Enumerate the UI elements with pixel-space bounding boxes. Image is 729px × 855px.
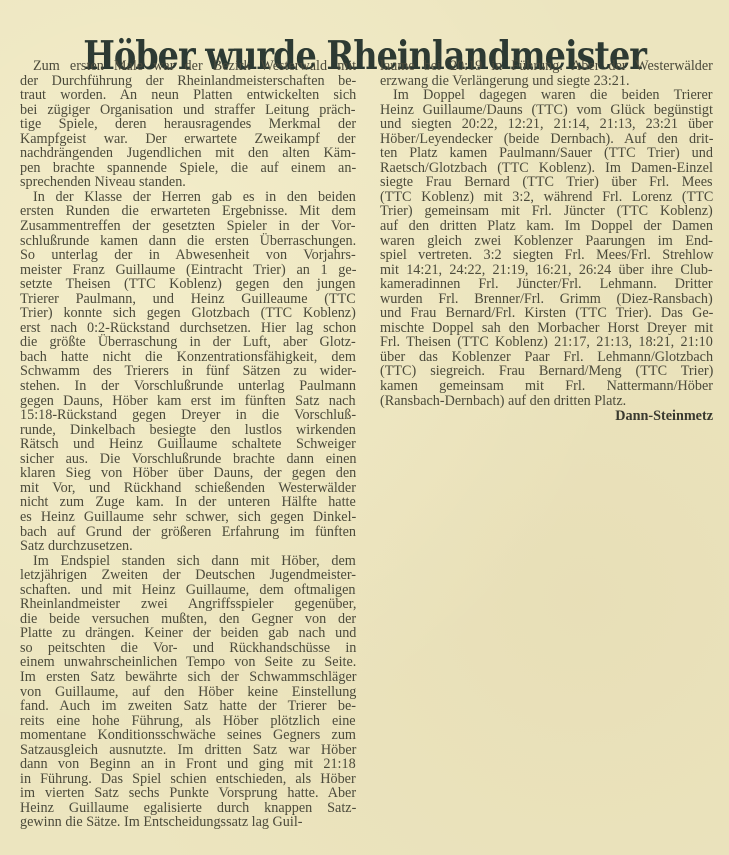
text-line: Im Doppel dagegen waren die beiden Trier… [380, 88, 713, 103]
text-line: mit Vor, und Rückhand schießenden Wester… [20, 481, 356, 496]
text-line: pen brachte spannende Spiele, die auf ei… [20, 161, 356, 176]
text-line: Kampfgeist war. Der erwartete Zweikampf … [20, 132, 356, 147]
text-line: In der Klasse der Herren gab es in den b… [20, 190, 356, 205]
article-column-left: Zum ersten Male war der Bezirk Westerwal… [20, 59, 356, 830]
text-line: Frl. Theisen (TTC Koblenz) 21:17, 21:13,… [380, 335, 713, 350]
text-line: es Heinz Guillaume sehr schwer, sich geg… [20, 510, 356, 525]
text-line: und Frau Bernard/Frl. Kirsten (TTC Trier… [380, 306, 713, 321]
text-line: gegen Dauns, Höber kam erst im fünften S… [20, 394, 356, 409]
text-line: Zusammentreffen der gesetzten Spieler in… [20, 219, 356, 234]
text-line: die beide versuchen mußten, den Gegner v… [20, 612, 356, 627]
text-line: reits eine hohe Führung, als Höber plötz… [20, 714, 356, 729]
text-line: Rheinlandmeister zwei Angriffsspieler ge… [20, 597, 356, 612]
text-line: letzjährigen Zweiten der Deutschen Jugen… [20, 568, 356, 583]
text-line: in Führung. Das Spiel schien entschieden… [20, 772, 356, 787]
text-line: der Durchführung der Rheinlandmeistersch… [20, 74, 356, 89]
text-line: fand. Auch im zweiten Satz hatte der Tri… [20, 699, 356, 714]
text-line: momentane Konditionsschwäche seines Gegn… [20, 728, 356, 743]
text-line: Platte zu drängen. Keiner der beiden gab… [20, 626, 356, 641]
text-line: so peitschten die Vor- und Rückhandschüs… [20, 641, 356, 656]
text-line: sprechenden Niveau standen. [20, 175, 356, 190]
text-line: kamen gemeinsam mit Frl. Nattermann/Höbe… [380, 379, 713, 394]
text-line: über das Koblenzer Paar Frl. Lehmann/Glo… [380, 350, 713, 365]
text-line: waren gleich zwei Koblenzer Paarungen im… [380, 234, 713, 249]
text-line: Heinz Guillaume egalisierte durch knappe… [20, 801, 356, 816]
text-line: auf den dritten Platz kam. Im Doppel der… [380, 219, 713, 234]
article-column-right: laume bei 20:19 in Führung. Aber der Wes… [380, 59, 713, 424]
text-line: nachdrängenden Jugendlichen mit den alte… [20, 146, 356, 161]
article-paragraph: Zum ersten Male war der Bezirk Westerwal… [20, 59, 356, 190]
text-line: schaften. und mit Heinz Guillaume, dem o… [20, 583, 356, 598]
text-line: runde, Dinkelbach besiegte den lustlos w… [20, 423, 356, 438]
text-line: Satzausgleich ausnutzte. Im dritten Satz… [20, 743, 356, 758]
text-line: Trier) gemeinsam mit Frl. Jüncter (TTC K… [380, 204, 713, 219]
text-line: Zum ersten Male war der Bezirk Westerwal… [20, 59, 356, 74]
text-line: nicht zum Zuge kam. In der unteren Hälft… [20, 495, 356, 510]
text-line: im vierten Satz sechs Punkte Vorsprung h… [20, 786, 356, 801]
text-line: Raetsch/Glotzbach (TTC Koblenz). Im Dame… [380, 161, 713, 176]
text-line: 15:18-Rückstand gegen Dreyer in die Vors… [20, 408, 356, 423]
text-line: Im Endspiel standen sich dann mit Höber,… [20, 554, 356, 569]
text-line: und siegten 20:22, 12:21, 21:14, 21:13, … [380, 117, 713, 132]
text-line: (TTC Koblenz) mit 3:2, während Frl. Lore… [380, 190, 713, 205]
text-line: traut worden. An neun Platten entwickelt… [20, 88, 356, 103]
text-line: (TTC) siegreich. Frau Bernard/Meng (TTC … [380, 364, 713, 379]
article-paragraph: Im Doppel dagegen waren die beiden Trier… [380, 88, 713, 408]
text-line: laume bei 20:19 in Führung. Aber der Wes… [380, 59, 713, 74]
text-line: mit 14:21, 24:22, 21:19, 16:21, 26:24 üb… [380, 263, 713, 278]
text-line: meister Franz Guillaume (Eintracht Trier… [20, 263, 356, 278]
text-line: einem unwahrscheinlichen Tempo von Seite… [20, 655, 356, 670]
author-signature: Dann-Steinmetz [380, 409, 713, 424]
text-line: sicher aus. Die Vorschlußrunde brachte d… [20, 452, 356, 467]
text-line: ten Platz kamen Paulmann/Sauer (TTC Trie… [380, 146, 713, 161]
text-line: Heinz Guillaume/Dauns (TTC) vom Glück be… [380, 103, 713, 118]
text-line: Höber/Leyendecker (beide Dernbach). Auf … [380, 132, 713, 147]
text-line: setzte Theisen (TTC Koblenz) gegen den j… [20, 277, 356, 292]
text-line: Schwamm des Trierers in fünf Sätzen zu w… [20, 364, 356, 379]
text-line: mischte Doppel sah den Morbacher Horst D… [380, 321, 713, 336]
text-line: spiel vertreten. 3:2 siegten Frl. Mees/F… [380, 248, 713, 263]
text-line: bei zügiger Organisation und straffer Le… [20, 103, 356, 118]
text-line: kameradinnen Frl. Jüncter/Frl. Lehmann. … [380, 277, 713, 292]
text-line: von Guillaume, auf den Höber keine Einst… [20, 685, 356, 700]
text-line: (Ransbach-Dernbach) auf den dritten Plat… [380, 394, 713, 409]
text-line: erzwang die Verlängerung und siegte 23:2… [380, 74, 713, 89]
text-line: Trier) konnte sich gegen Glotzbach (TTC … [20, 306, 356, 321]
text-line: So unterlag der in Abwesenheit von Vorja… [20, 248, 356, 263]
text-line: stehen. In der Vorschlußrunde unterlag P… [20, 379, 356, 394]
text-line: gewinn die Sätze. Im Entscheidungssatz l… [20, 815, 356, 830]
text-line: tige Spiele, deren herausragendes Merkma… [20, 117, 356, 132]
article-paragraph: laume bei 20:19 in Führung. Aber der Wes… [380, 59, 713, 88]
text-line: die größte Überraschung in der Luft, abe… [20, 335, 356, 350]
text-line: Im ersten Satz bewährte sich der Schwamm… [20, 670, 356, 685]
text-line: Trierer Paulmann, und Heinz Guilleaume (… [20, 292, 356, 307]
text-line: Satz durchzusetzen. [20, 539, 356, 554]
text-line: schlußrunde kamen dann die ersten Überra… [20, 234, 356, 249]
article-paragraph: Im Endspiel standen sich dann mit Höber,… [20, 554, 356, 830]
text-line: Rätsch und Heinz Guillaume schaltete Sch… [20, 437, 356, 452]
text-line: wurden Frl. Brenner/Frl. Grimm (Diez-Ran… [380, 292, 713, 307]
article-paragraph: In der Klasse der Herren gab es in den b… [20, 190, 356, 554]
text-line: dann von Beginn an in Front und ging mit… [20, 757, 356, 772]
text-line: ersten Runden die erwarteten Ergebnisse.… [20, 204, 356, 219]
text-line: klaren Sieg von Höber über Dauns, der ge… [20, 466, 356, 481]
text-line: bach hatte nicht die Konzentrationsfähig… [20, 350, 356, 365]
text-line: bach auf Grund der größeren Erfahrung im… [20, 525, 356, 540]
text-line: siegte Frau Bernard (TTC Trier) über Frl… [380, 175, 713, 190]
